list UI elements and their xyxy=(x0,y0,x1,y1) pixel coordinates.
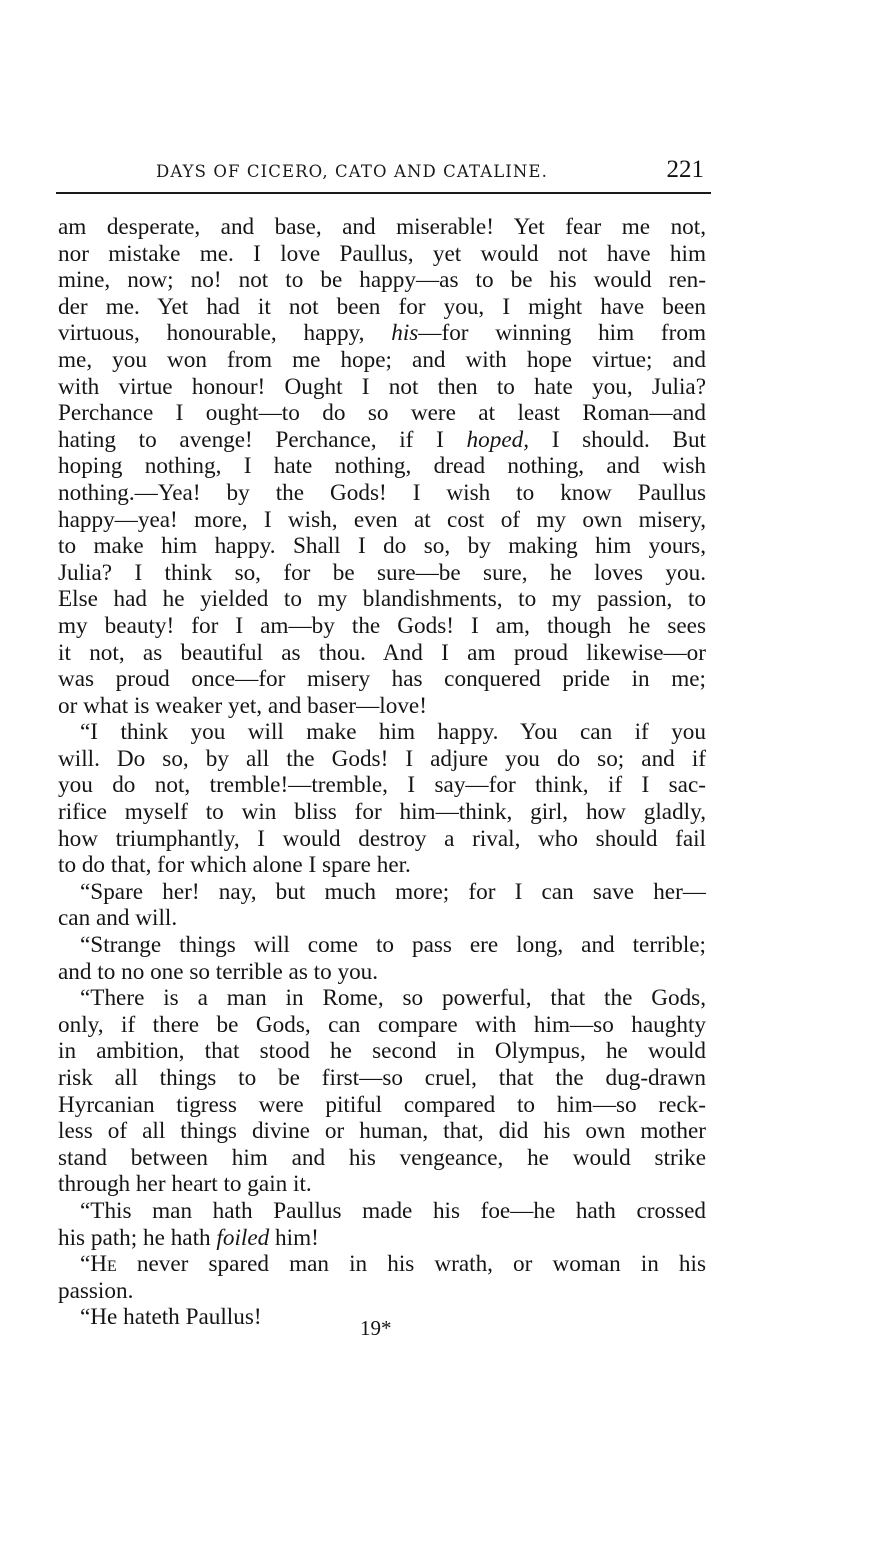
text-line: Perchance I ought—to do so were at least… xyxy=(58,400,706,427)
text-line: “I think you will make him happy. You ca… xyxy=(58,719,706,746)
paragraph: “He never spared man in his wrath, or wo… xyxy=(58,1251,706,1304)
text-line: hating to avenge! Perchance, if I hoped,… xyxy=(58,427,706,454)
text-line: will. Do so, by all the Gods! I adjure y… xyxy=(58,746,706,773)
signature-mark: 19* xyxy=(360,1316,392,1341)
small-caps-word: He xyxy=(90,1251,117,1277)
text-line: “This man hath Paullus made his foe—he h… xyxy=(58,1198,706,1225)
italic-emphasis: foiled xyxy=(216,1225,269,1251)
paragraph: “Strange things will come to pass ere lo… xyxy=(58,932,706,985)
text-line: how triumphantly, I would destroy a riva… xyxy=(58,826,706,853)
text-line: Else had he yielded to my blandishments,… xyxy=(58,586,706,613)
paragraph: am desperate, and base, and miserable! Y… xyxy=(58,214,706,719)
text-line: nor mistake me. I love Paullus, yet woul… xyxy=(58,241,706,268)
text-line: and to no one so terrible as to you. xyxy=(58,959,706,986)
text-line: mine, now; no! not to be happy—as to be … xyxy=(58,267,706,294)
text-line: risk all things to be first—so cruel, th… xyxy=(58,1065,706,1092)
text-line: nothing.—Yea! by the Gods! I wish to kno… xyxy=(58,480,706,507)
text-line: my beauty! for I am—by the Gods! I am, t… xyxy=(58,613,706,640)
text-line: passion. xyxy=(58,1278,706,1305)
text-line: was proud once—for misery has conquered … xyxy=(58,666,706,693)
running-title: DAYS OF CICERO, CATO AND CATALINE. xyxy=(156,162,548,181)
body-text: am desperate, and base, and miserable! Y… xyxy=(58,214,706,1331)
text-line: can and will. xyxy=(58,905,706,932)
text-line: to make him happy. Shall I do so, by mak… xyxy=(58,533,706,560)
text-line: rifice myself to win bliss for him—think… xyxy=(58,799,706,826)
text-line: happy—yea! more, I wish, even at cost of… xyxy=(58,507,706,534)
text-line: me, you won from me hope; and with hope … xyxy=(58,347,706,374)
text-line: der me. Yet had it not been for you, I m… xyxy=(58,294,706,321)
text-line: with virtue honour! Ought I not then to … xyxy=(58,374,706,401)
header-rule xyxy=(56,192,711,194)
text-line: Hyrcanian tigress were pitiful compared … xyxy=(58,1092,706,1119)
paragraph: “This man hath Paullus made his foe—he h… xyxy=(58,1198,706,1251)
text-line: “There is a man in Rome, so powerful, th… xyxy=(58,985,706,1012)
text-line: it not, as beautiful as thou. And I am p… xyxy=(58,640,706,667)
text-line: “Spare her! nay, but much more; for I ca… xyxy=(58,879,706,906)
text-line: you do not, tremble!—tremble, I say—for … xyxy=(58,772,706,799)
text-line: “Strange things will come to pass ere lo… xyxy=(58,932,706,959)
text-line: only, if there be Gods, can compare with… xyxy=(58,1012,706,1039)
text-line: virtuous, honourable, happy, his—for win… xyxy=(58,320,706,347)
text-line: stand between him and his vengeance, he … xyxy=(58,1145,706,1172)
text-line: hoping nothing, I hate nothing, dread no… xyxy=(58,453,706,480)
text-line: or what is weaker yet, and baser—love! xyxy=(58,693,706,720)
text-line: his path; he hath foiled him! xyxy=(58,1225,706,1252)
paragraph: “I think you will make him happy. You ca… xyxy=(58,719,706,879)
text-line: less of all things divine or human, that… xyxy=(58,1118,706,1145)
text-line: Julia? I think so, for be sure—be sure, … xyxy=(58,560,706,587)
running-head: DAYS OF CICERO, CATO AND CATALINE. 221 xyxy=(56,156,706,186)
text-line: in ambition, that stood he second in Oly… xyxy=(58,1038,706,1065)
italic-emphasis: hoped, xyxy=(467,427,529,453)
text-line: am desperate, and base, and miserable! Y… xyxy=(58,214,706,241)
paragraph: “There is a man in Rome, so powerful, th… xyxy=(58,985,706,1198)
italic-emphasis: his xyxy=(391,320,418,346)
text-line: to do that, for which alone I spare her. xyxy=(58,852,706,879)
text-line: “He never spared man in his wrath, or wo… xyxy=(58,1251,706,1278)
text-line: through her heart to gain it. xyxy=(58,1171,706,1198)
book-page: DAYS OF CICERO, CATO AND CATALINE. 221 a… xyxy=(0,0,896,1550)
page-number: 221 xyxy=(667,156,705,184)
paragraph: “Spare her! nay, but much more; for I ca… xyxy=(58,879,706,932)
